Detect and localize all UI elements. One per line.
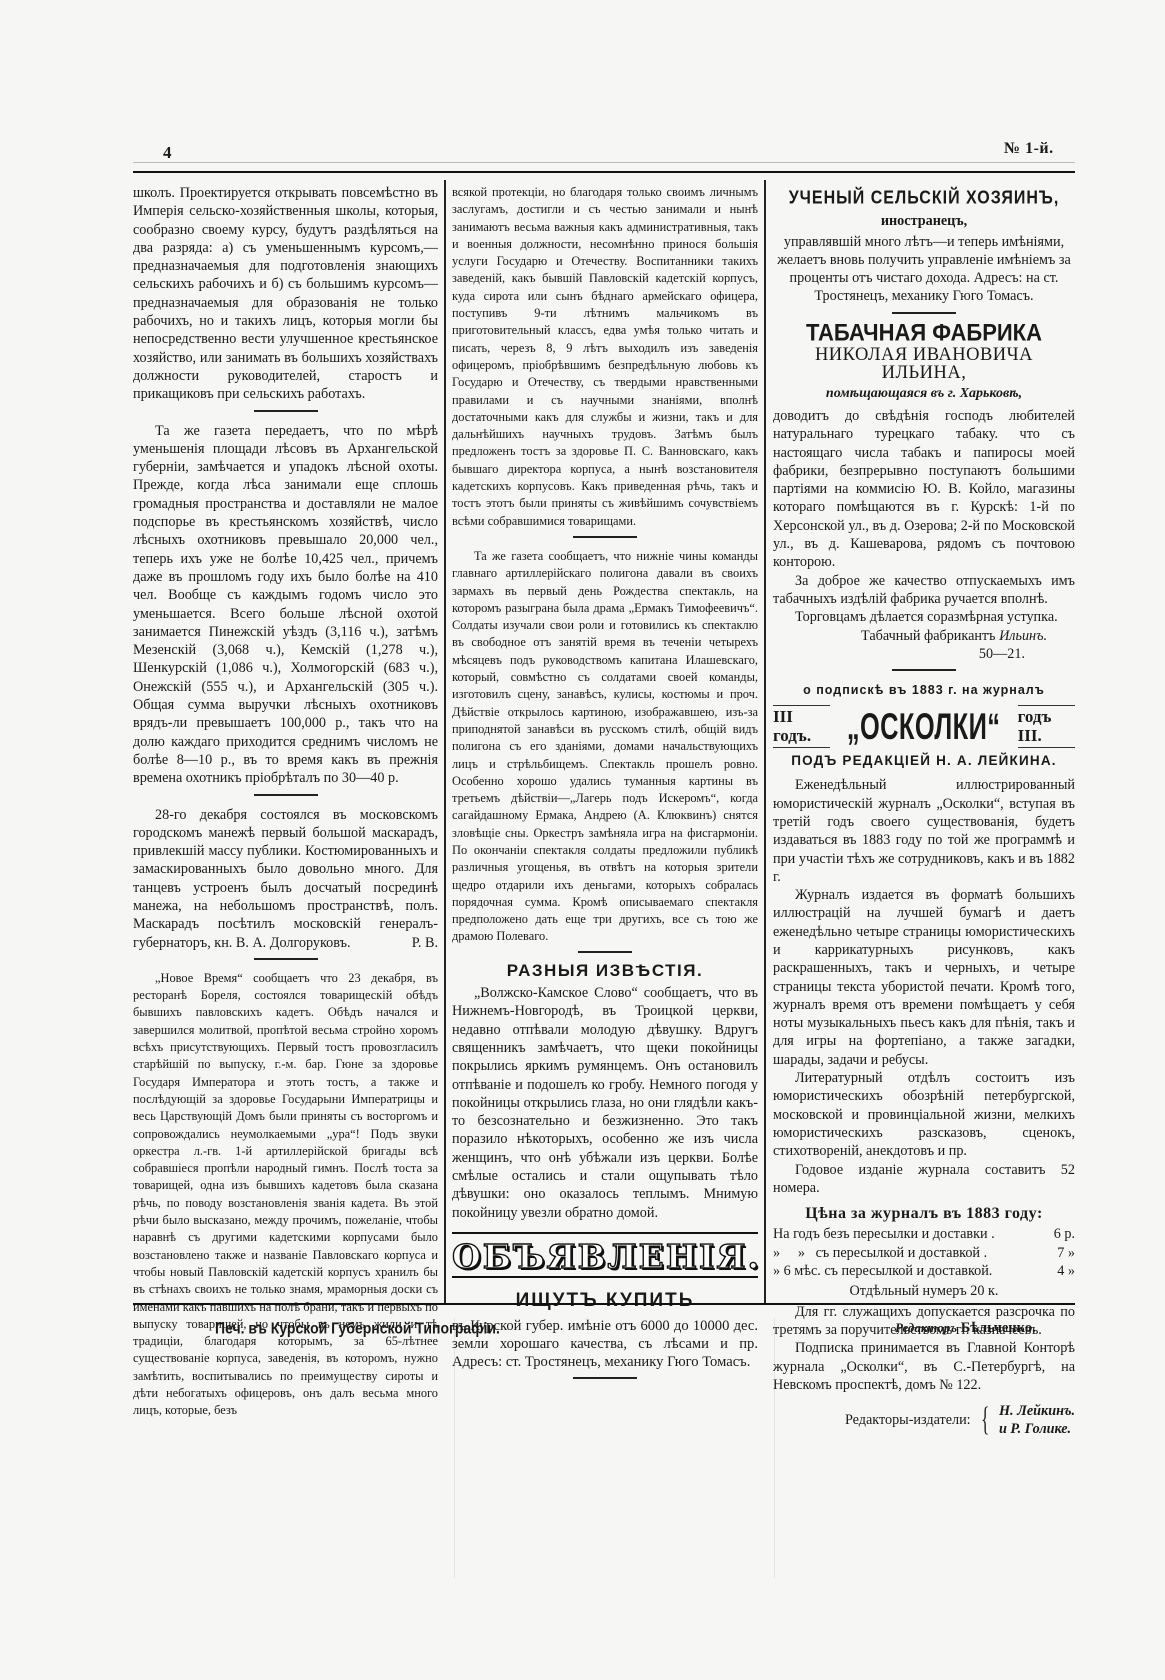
price-row: На годъ безъ пересылки и доставки . 6 р. xyxy=(773,1225,1075,1243)
separator-rule xyxy=(573,536,637,538)
column-divider xyxy=(764,180,766,1303)
journal-year-left: III годъ. xyxy=(773,705,830,748)
article-text: 28-го декабря состоялся въ московскомъ г… xyxy=(133,807,438,951)
ad-tobacco-owner: НИКОЛАЯ ИВАНОВИЧА ИЛЬИНА, xyxy=(773,346,1075,383)
ad-tobacco-text: доводитъ до свѣдѣнія господъ любителей н… xyxy=(773,407,1075,572)
journal-paragraph: Журналъ издается въ форматѣ большихъ илл… xyxy=(773,886,1075,1069)
price-list: На годъ безъ пересылки и доставки . 6 р.… xyxy=(773,1225,1075,1280)
reverse-side-bleed-through xyxy=(133,1318,1075,1578)
section-heading-news: РАЗНЫЯ ИЗВѢСТІЯ. xyxy=(452,962,758,980)
signature-name: Ильинъ. xyxy=(999,628,1047,644)
ad-subheading-farmer: иностранецъ, xyxy=(773,212,1075,230)
separator-rule xyxy=(578,951,632,953)
ad-heading-farmer: УЧЕНЫЙ СЕЛЬСКІЙ ХОЗЯИНЪ, xyxy=(773,189,1075,210)
signature-label: Табачный фабрикантъ xyxy=(861,628,995,644)
header-thin-rule xyxy=(133,162,1075,163)
article-soldiers-play: Та же газета сообщаетъ, что нижніе чины … xyxy=(452,548,758,946)
column-3: УЧЕНЫЙ СЕЛЬСКІЙ ХОЗЯИНЪ, иностранецъ, уп… xyxy=(773,184,1075,1438)
footer-rule xyxy=(133,1303,1075,1305)
ads-banner-frame: ОБЪЯВЛЕНІЯ. xyxy=(452,1232,758,1278)
separator-rule xyxy=(254,794,318,796)
journal-paragraph: Годовое изданіе журнала составитъ 52 ном… xyxy=(773,1161,1075,1198)
separator-rule xyxy=(254,958,318,960)
price-value: 6 р. xyxy=(1037,1225,1075,1243)
journal-year-right: годъ III. xyxy=(1018,705,1075,748)
separator-rule xyxy=(892,669,956,671)
price-label: » 6 мѣс. съ пересылкой и доставкой. xyxy=(773,1262,1037,1280)
price-label: » » съ пересылкой и доставкой . xyxy=(773,1244,1037,1262)
column-divider xyxy=(444,180,446,1303)
journal-masthead: III годъ. „ОСКОЛКИ“ годъ III. xyxy=(773,705,1075,748)
ad-farmer-text: управлявшій много лѣтъ—и теперь имѣніями… xyxy=(773,233,1075,306)
ad-tobacco-location: помѣщающаяся въ г. Харьковѣ, xyxy=(773,385,1075,403)
ad-tobacco-quality: За доброе же качество отпускаемыхъ имъ т… xyxy=(773,572,1075,609)
price-heading: Цѣна за журналъ въ 1883 году: xyxy=(773,1205,1075,1223)
column-2: всякой протекціи, но благодаря только св… xyxy=(452,184,758,1389)
single-issue-price: Отдѣльный нумеръ 20 к. xyxy=(773,1282,1075,1300)
column-1: школъ. Проектируется открывать повсемѣст… xyxy=(133,184,438,1420)
journal-paragraph: Еженедѣльный иллюстрированный юмористиче… xyxy=(773,776,1075,886)
article-signature: Р. В. xyxy=(390,934,438,952)
journal-paragraph: Литературный отдѣлъ состоитъ изъ юморист… xyxy=(773,1069,1075,1160)
separator-rule xyxy=(892,312,956,314)
issue-number: № 1-й. xyxy=(1004,140,1054,158)
journal-editor-line: ПОДЪ РЕДАКЦІЕЙ Н. А. ЛЕЙКИНА. xyxy=(773,752,1075,770)
article-revived-girl: „Волжско-Камское Слово“ сообщаетъ, что в… xyxy=(452,984,758,1222)
journal-title: „ОСКОЛКИ“ xyxy=(847,716,1001,738)
ad-tobacco-signature: Табачный фабрикантъ Ильинъ. xyxy=(773,627,1075,645)
article-paragraph: школъ. Проектируется открывать повсемѣст… xyxy=(133,184,438,404)
price-value: 4 » xyxy=(1037,1262,1075,1280)
page-number: 4 xyxy=(163,143,172,163)
separator-rule xyxy=(254,410,318,412)
article-forest-hunting: Та же газета передаетъ, что по мѣрѣ умен… xyxy=(133,422,438,788)
ad-heading-tobacco: ТАБАЧНАЯ ФАБРИКА xyxy=(773,323,1075,343)
price-row: » » съ пересылкой и доставкой . 7 » xyxy=(773,1244,1075,1262)
price-label: На годъ безъ пересылки и доставки . xyxy=(773,1225,1037,1243)
article-continuation: всякой протекціи, но благодаря только св… xyxy=(452,184,758,530)
ad-tobacco-discount: Торговцамъ дѣлается соразмѣрная уступка. xyxy=(773,608,1075,626)
ads-banner: ОБЪЯВЛЕНІЯ. xyxy=(452,1248,758,1266)
price-value: 7 » xyxy=(1037,1244,1075,1262)
ad-heading-buy: ИЩУТЪ КУПИТЬ xyxy=(452,1292,758,1310)
header-rule xyxy=(133,171,1075,173)
price-row: » 6 мѣс. съ пересылкой и доставкой. 4 » xyxy=(773,1262,1075,1280)
ad-reference-number: 50—21. xyxy=(773,645,1075,663)
article-masquerade: 28-го декабря состоялся въ московскомъ г… xyxy=(133,806,438,952)
ad-subscription-intro: о подпискѣ въ 1883 г. на журналъ xyxy=(773,681,1075,699)
